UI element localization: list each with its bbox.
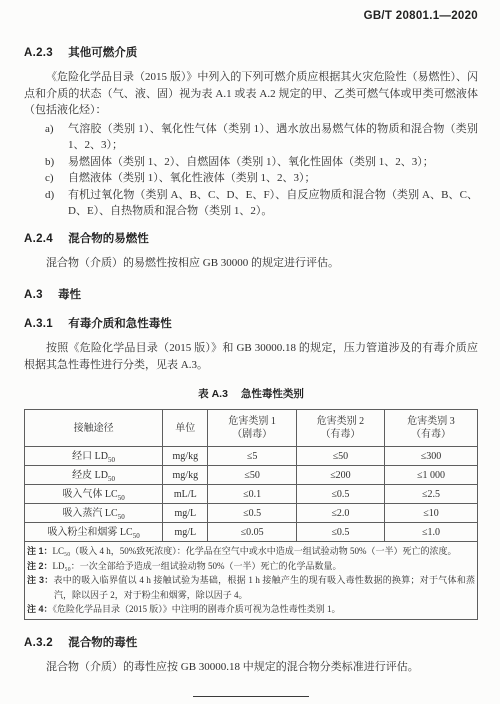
route-label: 吸入气体 LC (62, 489, 117, 500)
cell-unit: mL/L (163, 485, 208, 504)
paragraph-a32: 混合物（介质）的毒性应按 GB 30000.18 中规定的混合物分类标准进行评估… (24, 659, 478, 676)
list-item: d) 有机过氧化物（类别 A、B、C、D、E、F）、自反应物质和混合物（类别 A… (24, 187, 478, 220)
cell-route: 吸入粉尘和烟雾 LC50 (25, 523, 163, 542)
table-row: 吸入气体 LC50 mL/L ≤0.1 ≤0.5 ≤2.5 (25, 485, 478, 504)
document-page: GB/T 20801.1—2020 A.2.3 其他可燃介质 《危险化学品目录（… (0, 0, 500, 704)
cell-unit: mg/L (163, 523, 208, 542)
acute-toxicity-table: 接触途径 单位 危害类别 1 （剧毒） 危害类别 2 （有毒） 危害类别 3 （… (24, 409, 478, 620)
section-title: 混合物的易燃性 (68, 233, 149, 245)
section-title: 混合物的毒性 (68, 637, 137, 649)
end-of-document-rule (193, 696, 309, 697)
cell-category1: ≤0.1 (208, 485, 296, 504)
cell-route: 吸入气体 LC50 (25, 485, 163, 504)
col-header-route: 接触途径 (25, 410, 163, 447)
table-notes-row: 注 1：LC₅₀（吸入 4 h，50%致死浓度）：化学品在空气中或水中造成一组试… (25, 542, 478, 620)
route-subscript: 50 (118, 513, 125, 521)
note-label: 注 4： (27, 604, 53, 614)
section-heading-a24: A.2.4 混合物的易燃性 (24, 230, 478, 246)
table-row: 经皮 LD50 mg/kg ≤50 ≤200 ≤1 000 (25, 466, 478, 485)
list-text: 自燃液体（类别 1）、氧化性液体（类别 1、2、3）； (68, 172, 316, 184)
note-text: LC₅₀（吸入 4 h，50%致死浓度）：化学品在空气中或水中造成一组试验动物 … (53, 546, 457, 556)
paragraph-a31: 按照《危险化学品目录（2015 版）》和 GB 30000.18 的规定，压力管… (24, 340, 478, 373)
cell-category3: ≤1.0 (385, 523, 478, 542)
table-note: 注 1：LC₅₀（吸入 4 h，50%致死浓度）：化学品在空气中或水中造成一组试… (27, 544, 475, 559)
list-text: 易燃固体（类别 1、2）、自燃固体（类别 1）、氧化性固体（类别 1、2、3）； (68, 156, 434, 168)
route-subscript: 50 (108, 475, 115, 483)
note-label: 注 2： (27, 561, 53, 571)
standard-number: GB/T 20801.1—2020 (364, 10, 478, 22)
cell-category3: ≤1 000 (385, 466, 478, 485)
route-label: 吸入蒸汽 LC (62, 508, 117, 519)
cell-category3: ≤300 (385, 447, 478, 466)
cell-category3: ≤2.5 (385, 485, 478, 504)
table-note: 注 4：《危险化学品目录（2015 版）》中注明的剧毒介质可视为急性毒性类别 1… (27, 602, 475, 617)
table-caption-title: 急性毒性类别 (241, 388, 304, 400)
col-header-line2: （有毒） (299, 428, 382, 441)
list-marker: d) (45, 187, 54, 204)
list-text: 有机过氧化物（类别 A、B、C、D、E、F）、自反应物质和混合物（类别 A、B、… (68, 189, 478, 218)
cell-route: 吸入蒸汽 LC50 (25, 504, 163, 523)
table-caption: 表 A.3 急性毒性类别 (24, 386, 478, 401)
route-label: 吸入粉尘和烟雾 LC (47, 527, 132, 538)
col-header-line1: 危害类别 2 (299, 415, 382, 428)
col-header-unit: 单位 (163, 410, 208, 447)
table-header-row: 接触途径 单位 危害类别 1 （剧毒） 危害类别 2 （有毒） 危害类别 3 （… (25, 410, 478, 447)
list-marker: b) (45, 154, 54, 171)
cell-route: 经口 LD50 (25, 447, 163, 466)
flammable-media-list: a) 气溶胶（类别 1）、氧化性气体（类别 1）、遇水放出易燃气体的物质和混合物… (24, 121, 478, 220)
list-marker: c) (45, 170, 54, 187)
note-text: 表中的吸入临界值以 4 h 接触试验为基础，根据 1 h 接触产生的现有吸入毒性… (54, 575, 475, 600)
cell-category2: ≤50 (296, 447, 384, 466)
route-subscript: 50 (133, 532, 140, 540)
col-header-line1: 危害类别 3 (387, 415, 475, 428)
cell-unit: mg/L (163, 504, 208, 523)
route-label: 经皮 LD (72, 470, 108, 481)
section-number: A.2.3 (24, 47, 53, 59)
section-number: A.3.2 (24, 637, 53, 649)
section-heading-a23: A.2.3 其他可燃介质 (24, 44, 478, 60)
route-label: 经口 LD (72, 451, 108, 462)
cell-category2: ≤0.5 (296, 485, 384, 504)
note-label: 注 1： (27, 546, 53, 556)
section-number: A.2.4 (24, 233, 53, 245)
list-item: b) 易燃固体（类别 1、2）、自燃固体（类别 1）、氧化性固体（类别 1、2、… (24, 154, 478, 171)
route-subscript: 50 (108, 456, 115, 464)
paragraph-a24: 混合物（介质）的易燃性按相应 GB 30000 的规定进行评估。 (24, 255, 478, 272)
route-subscript: 50 (118, 494, 125, 502)
table-caption-label: 表 A.3 (198, 388, 228, 400)
cell-category2: ≤2.0 (296, 504, 384, 523)
cell-category2: ≤0.5 (296, 523, 384, 542)
table-row: 吸入粉尘和烟雾 LC50 mg/L ≤0.05 ≤0.5 ≤1.0 (25, 523, 478, 542)
section-heading-a31: A.3.1 有毒介质和急性毒性 (24, 315, 478, 331)
section-heading-a32: A.3.2 混合物的毒性 (24, 634, 478, 650)
cell-category1: ≤5 (208, 447, 296, 466)
table-row: 经口 LD50 mg/kg ≤5 ≤50 ≤300 (25, 447, 478, 466)
paragraph-a23: 《危险化学品目录（2015 版）》中列入的下列可燃介质应根据其火灾危险性（易燃性… (24, 69, 478, 119)
section-number: A.3 (24, 289, 43, 301)
col-header-line2: （剧毒） (210, 428, 293, 441)
cell-route: 经皮 LD50 (25, 466, 163, 485)
cell-category1: ≤0.05 (208, 523, 296, 542)
list-marker: a) (45, 121, 54, 138)
cell-category1: ≤0.5 (208, 504, 296, 523)
table-note: 注 3：表中的吸入临界值以 4 h 接触试验为基础，根据 1 h 接触产生的现有… (27, 573, 475, 602)
cell-category2: ≤200 (296, 466, 384, 485)
col-header-category1: 危害类别 1 （剧毒） (208, 410, 296, 447)
cell-category3: ≤10 (385, 504, 478, 523)
table-row: 吸入蒸汽 LC50 mg/L ≤0.5 ≤2.0 ≤10 (25, 504, 478, 523)
list-item: a) 气溶胶（类别 1）、氧化性气体（类别 1）、遇水放出易燃气体的物质和混合物… (24, 121, 478, 154)
section-title: 有毒介质和急性毒性 (68, 318, 172, 330)
table-note: 注 2：LD₅₀：一次全部给予造成一组试验动物 50%（一半）死亡的化学品数量。 (27, 559, 475, 574)
table-notes: 注 1：LC₅₀（吸入 4 h，50%致死浓度）：化学品在空气中或水中造成一组试… (25, 542, 478, 620)
cell-unit: mg/kg (163, 447, 208, 466)
col-header-category3: 危害类别 3 （有毒） (385, 410, 478, 447)
running-header: GB/T 20801.1—2020 (24, 10, 478, 22)
section-title: 毒性 (58, 289, 81, 301)
col-header-category2: 危害类别 2 （有毒） (296, 410, 384, 447)
col-header-line1: 危害类别 1 (210, 415, 293, 428)
list-item: c) 自燃液体（类别 1）、氧化性液体（类别 1、2、3）； (24, 170, 478, 187)
note-text: 《危险化学品目录（2015 版）》中注明的剧毒介质可视为急性毒性类别 1。 (53, 604, 341, 614)
note-text: LD₅₀：一次全部给予造成一组试验动物 50%（一半）死亡的化学品数量。 (53, 561, 342, 571)
section-number: A.3.1 (24, 318, 53, 330)
col-header-line2: （有毒） (387, 428, 475, 441)
cell-unit: mg/kg (163, 466, 208, 485)
cell-category1: ≤50 (208, 466, 296, 485)
note-label: 注 3： (27, 575, 54, 585)
section-title: 其他可燃介质 (68, 47, 137, 59)
section-heading-a3: A.3 毒性 (24, 286, 478, 302)
list-text: 气溶胶（类别 1）、氧化性气体（类别 1）、遇水放出易燃气体的物质和混合物（类别… (68, 123, 478, 152)
